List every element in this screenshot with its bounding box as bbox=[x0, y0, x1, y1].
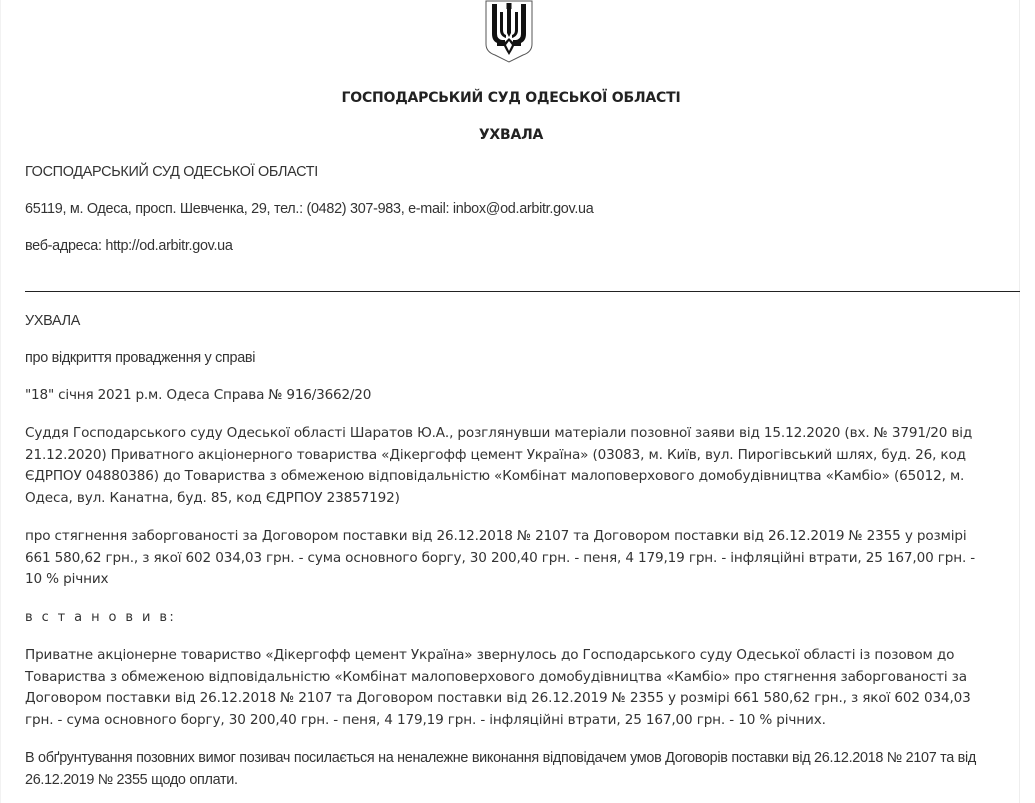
paragraph-claim-grounds: В обґрунтування позовних вимог позивач п… bbox=[25, 747, 985, 791]
document-page: ГОСПОДАРСЬКИЙ СУД ОДЕСЬКОЇ ОБЛАСТІ УХВАЛ… bbox=[0, 0, 1020, 803]
paragraph-claimant-appeal: Приватне акціонерне товариство «Дікергоф… bbox=[25, 645, 985, 731]
ruling-subtitle: про відкриття провадження у справі bbox=[25, 350, 255, 366]
right-gutter bbox=[1020, 0, 1035, 803]
court-website: веб-адреса: http://od.arbitr.gov.ua bbox=[25, 238, 233, 254]
court-name: ГОСПОДАРСЬКИЙ СУД ОДЕСЬКОЇ ОБЛАСТІ bbox=[25, 164, 318, 180]
separator-line bbox=[25, 291, 1021, 292]
document-type-heading: УХВАЛА bbox=[1, 127, 1021, 143]
paragraph-judge-review: Суддя Господарського суду Одеської облас… bbox=[25, 423, 985, 509]
court-address: 65119, м. Одеса, просп. Шевченка, 29, те… bbox=[25, 201, 593, 217]
paragraph-claim-subject: про стягнення заборгованості за Договоро… bbox=[25, 526, 985, 591]
paragraph-established-heading: в с т а н о в и в: bbox=[25, 607, 985, 629]
ukraine-trident-coat-of-arms-icon bbox=[479, 0, 539, 64]
ruling-title: УХВАЛА bbox=[25, 313, 80, 329]
ruling-date-case-number: "18" січня 2021 р.м. Одеса Справа № 916/… bbox=[25, 387, 371, 403]
court-heading: ГОСПОДАРСЬКИЙ СУД ОДЕСЬКОЇ ОБЛАСТІ bbox=[1, 90, 1021, 106]
